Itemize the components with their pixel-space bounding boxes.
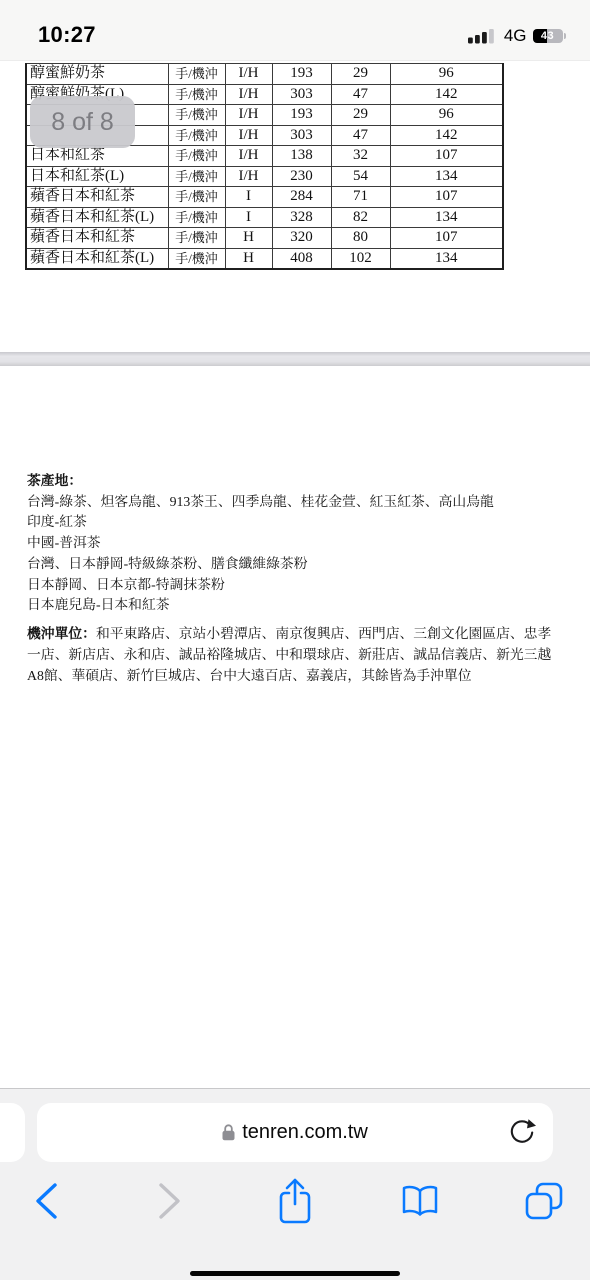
tea-origin-line: 日本鹿兒島-日本和紅茶 [27,595,494,616]
cell-value-3: 107 [390,228,503,249]
share-button[interactable] [273,1177,317,1225]
open-book-icon [400,1184,440,1218]
cell-value-3: 96 [390,105,503,126]
cell-value-3: 134 [390,207,503,228]
page-indicator-badge: 8 of 8 [30,96,135,148]
cell-value-1: 303 [272,125,331,146]
tea-origin-line: 台灣-綠茶、炟客烏龍、913茶王、四季烏龍、桂花金萱、紅玉紅茶、高山烏龍 [27,492,494,513]
tea-origins-heading: 茶產地： [27,471,494,492]
cell-value-3: 107 [390,146,503,167]
pdf-page-content: 醇蜜鮮奶茶 手/機沖 I/H 193 29 96 醇蜜鮮奶茶(L) 手/機沖 I… [0,61,590,1088]
iphone-safari-screen: 10:27 4G 43 醇蜜鮮奶茶 手 [0,0,590,1280]
cell-brew-method: 手/機沖 [168,105,225,126]
cell-value-2: 82 [331,207,390,228]
address-bar[interactable]: tenren.com.tw [37,1103,553,1162]
table-row: 醇蜜鮮奶茶 手/機沖 I/H 193 29 96 [26,64,503,85]
network-type-label: 4G [504,26,527,46]
table-row: 日本和紅茶(L) 手/機沖 I/H 230 54 134 [26,166,503,187]
pdf-page-separator [0,352,590,366]
cell-brew-method: 手/機沖 [168,125,225,146]
cell-serve-type: H [225,228,272,249]
cell-value-1: 408 [272,248,331,269]
cell-brew-method: 手/機沖 [168,84,225,105]
cell-brew-method: 手/機沖 [168,248,225,269]
machine-brew-line: 一店、新店店、永和店、誠品裕隆城店、中和環球店、新莊店、誠品信義店、新光三越 [27,644,551,665]
reload-icon [507,1117,537,1147]
bookmarks-button[interactable] [398,1177,442,1225]
machine-brew-section: 機沖單位：和平東路店、京站小碧潭店、南京復興店、西門店、三創文化園區店、忠孝 一… [27,623,551,686]
cell-value-2: 54 [331,166,390,187]
machine-brew-line: A8館、華碩店、新竹巨城店、台中大遠百店、嘉義店，其餘皆為手沖單位 [27,665,551,686]
tea-origin-line: 印度-紅茶 [27,512,494,533]
cell-brew-method: 手/機沖 [168,207,225,228]
share-icon [275,1177,315,1225]
back-chevron-icon [33,1182,59,1220]
status-bar: 10:27 4G 43 [0,0,590,61]
cell-item-name: 蘋香日本和紅茶 [26,228,168,249]
cell-item-name: 日本和紅茶 [26,146,168,167]
cell-brew-method: 手/機沖 [168,187,225,208]
cell-serve-type: I/H [225,84,272,105]
tabs-button[interactable] [522,1177,566,1225]
cell-item-name: 蘋香日本和紅茶 [26,187,168,208]
cell-value-2: 29 [331,105,390,126]
table-row: 蘋香日本和紅茶(L) 手/機沖 H 408 102 134 [26,248,503,269]
machine-brew-heading: 機沖單位： [27,626,96,641]
cell-serve-type: I/H [225,125,272,146]
cell-brew-method: 手/機沖 [168,228,225,249]
cell-value-1: 328 [272,207,331,228]
cell-item-name: 醇蜜鮮奶茶 [26,64,168,85]
cell-value-2: 102 [331,248,390,269]
forward-button[interactable] [148,1177,192,1225]
cell-brew-method: 手/機沖 [168,64,225,85]
cell-serve-type: I [225,187,272,208]
cell-value-3: 134 [390,166,503,187]
cell-value-1: 303 [272,84,331,105]
table-row: 日本和紅茶 手/機沖 I/H 138 32 107 [26,146,503,167]
cell-item-name: 日本和紅茶(L) [26,166,168,187]
cell-item-name: 蘋香日本和紅茶(L) [26,207,168,228]
cell-serve-type: I/H [225,105,272,126]
tea-origin-line: 日本靜岡、日本京都-特調抹茶粉 [27,575,494,596]
cell-value-2: 32 [331,146,390,167]
cell-serve-type: I/H [225,64,272,85]
cell-value-2: 47 [331,125,390,146]
forward-chevron-icon [157,1182,183,1220]
status-bar-right-cluster: 4G 43 [468,26,566,46]
cell-serve-type: H [225,248,272,269]
table-row: 蘋香日本和紅茶(L) 手/機沖 I 328 82 134 [26,207,503,228]
battery-nub [564,33,567,39]
cell-serve-type: I/H [225,146,272,167]
cell-value-3: 142 [390,84,503,105]
page-indicator-label: 8 of 8 [51,108,114,137]
safari-bottom-bar: tenren.com.tw [0,1088,590,1280]
url-label: tenren.com.tw [242,1121,368,1144]
cell-value-3: 96 [390,64,503,85]
cell-brew-method: 手/機沖 [168,166,225,187]
back-button[interactable] [24,1177,68,1225]
cell-value-1: 230 [272,166,331,187]
tea-origins-section: 茶產地： 台灣-綠茶、炟客烏龍、913茶王、四季烏龍、桂花金萱、紅玉紅茶、高山烏… [27,471,494,616]
cell-brew-method: 手/機沖 [168,146,225,167]
tea-origin-line: 台灣、日本靜岡-特級綠茶粉、膳食纖維綠茶粉 [27,554,494,575]
clock-label: 10:27 [38,22,96,48]
table-row: 蘋香日本和紅茶 手/機沖 H 320 80 107 [26,228,503,249]
previous-tab-edge[interactable] [0,1103,25,1162]
battery-icon: 43 [533,29,567,43]
cell-serve-type: I/H [225,166,272,187]
cell-serve-type: I [225,207,272,228]
cell-value-1: 320 [272,228,331,249]
cellular-signal-icon [468,27,498,45]
lock-icon [222,1124,235,1141]
cell-value-2: 71 [331,187,390,208]
cell-value-1: 138 [272,146,331,167]
cell-value-2: 29 [331,64,390,85]
home-indicator[interactable] [190,1271,400,1276]
cell-value-1: 193 [272,64,331,85]
cell-value-3: 142 [390,125,503,146]
cell-value-3: 107 [390,187,503,208]
cell-item-name: 蘋香日本和紅茶(L) [26,248,168,269]
cell-value-1: 193 [272,105,331,126]
table-row: 蘋香日本和紅茶 手/機沖 I 284 71 107 [26,187,503,208]
cell-value-2: 47 [331,84,390,105]
tea-origin-line: 中國-普洱茶 [27,533,494,554]
cell-value-1: 284 [272,187,331,208]
battery-percent-label: 43 [541,30,554,42]
tea-price-table: 醇蜜鮮奶茶 手/機沖 I/H 193 29 96 醇蜜鮮奶茶(L) 手/機沖 I… [25,63,504,270]
reload-button[interactable] [507,1117,537,1147]
tabs-icon [524,1181,564,1221]
cell-value-3: 134 [390,248,503,269]
machine-brew-line: 機沖單位：和平東路店、京站小碧潭店、南京復興店、西門店、三創文化園區店、忠孝 [27,623,551,644]
cell-value-2: 80 [331,228,390,249]
